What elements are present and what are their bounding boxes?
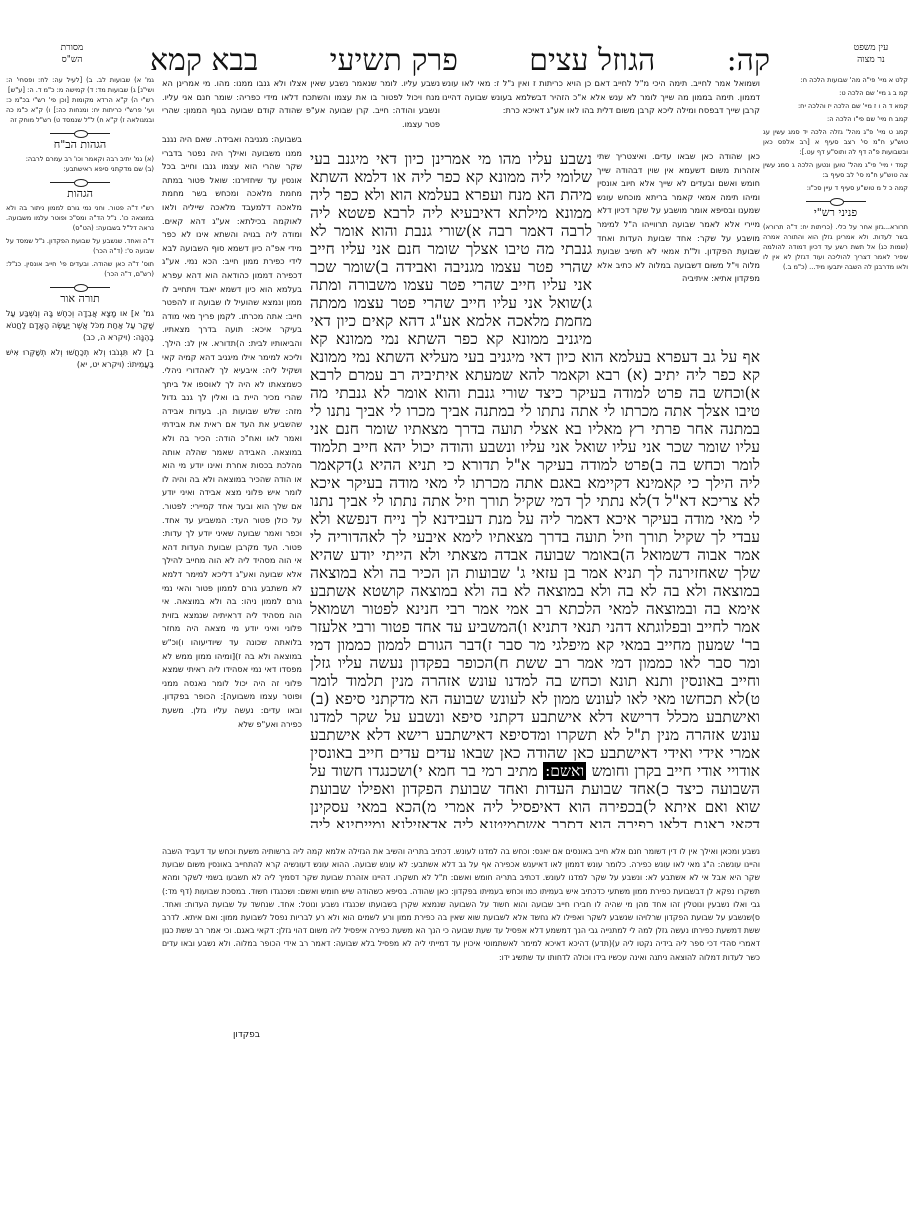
ein-mishpat-entry: קמב ח מיי' שם פי"ו הלכה ה:	[763, 114, 908, 124]
ornament-divider	[50, 182, 110, 183]
ornament-divider	[50, 133, 110, 134]
ein-mishpat-entry: קמד י מיי' פי"ג מהל' טוען ונטען הלכה ג ס…	[763, 160, 908, 180]
penei-rashi-title: פניני רש"י	[763, 208, 908, 218]
ornament-divider	[50, 287, 110, 288]
masoret-title: מסורת הש"ס	[42, 42, 102, 66]
ein-mishpat-entry: קמג ט מיי' פ"ג מהל' גזלה הלכה יד סמג עשי…	[763, 127, 908, 157]
ein-mishpat-entry: קמה כ ל מ טוש"ע סעיף ד עיין סכ"ו:	[763, 183, 908, 193]
rashi-bottom: נשבע ומכאן ואילך אין לו דין דשומר חנם אל…	[162, 845, 760, 964]
ein-mishpat-entry: קלט א מיי' פי"ה מה' שבועות הלכה ח:	[763, 75, 908, 85]
chapter-name: הגוזל עצים	[529, 43, 655, 78]
gemara-main: אף על גב דעפרא בעלמא הוא כיון דאי מיגניב…	[310, 348, 760, 828]
tosafot-top: ושמואל אמר לחייב. תימה היכי מ"ל לחייב דא…	[442, 77, 760, 118]
torah-or-entry: גמ' א] או מָצָא אֲבֵדָה וְכִחֶשׁ בָּהּ ו…	[6, 308, 154, 344]
page-header: קה: הגוזל עצים פרק תשיעי בבא קמא	[150, 38, 770, 78]
hagahot-bach-entry: (ב) שם מדקתני סיפא ראישתבע:	[6, 164, 154, 174]
masoret-entry: רש"י ה) ק"א הרדא מקומות [וכן פי' רש"י בכ…	[6, 95, 154, 125]
tosafot-column: כאן שהודה כאן שבאו עדים. ואיצטריך שתי אז…	[597, 150, 760, 286]
ein-mishpat-entry: קמא ד ה ו ז מיי' שם הלכה יז והלכה יח:	[763, 101, 908, 111]
ein-mishpat-column: קלט א מיי' פי"ה מה' שבועות הלכה ח: קמ ב …	[763, 75, 908, 272]
ornament-divider	[806, 201, 866, 202]
ein-mishpat-title: עין משפט נר מצוה	[836, 42, 906, 66]
gemara-text: אף על גב דעפרא בעלמא הוא כיון דאי מיגניב…	[310, 348, 760, 780]
tractate-name: בבא קמא	[150, 43, 258, 78]
masoret-column: גמ' א) שבועות לב. ב) [לעיל עה: לח: ופסחי…	[6, 75, 154, 371]
hagahot-entry: ד"ה ואחד. שנשבע על שבועת הפקדון. נ"ל שמס…	[6, 236, 154, 256]
rashi-top: נשבע עליו. לומר שנאמר נשבע שאין אצלו ולא…	[162, 77, 440, 131]
ein-mishpat-entry: קמ ב ג מיי' שם הלכה ט:	[763, 88, 908, 98]
catchword: בפקדון	[180, 1030, 260, 1040]
hagahot-title: הגהות	[6, 189, 154, 199]
page-number: קה:	[727, 43, 770, 78]
rashi-column: בשבועה: מגניבה ואבידה. שאם היה נגנב ממנו…	[162, 133, 302, 833]
penei-rashi-text: תרורא...גזון אחר על כלי. (כריתות יח: ד"ה…	[763, 222, 908, 272]
hagahot-bach-entry: (א) גמ' יתיב רבה וקאמר וכו' רב עמרם לרבה…	[6, 154, 154, 164]
masoret-entry: גמ' א) שבועות לב. ב) [לעיל עה: לח: ופסחי…	[6, 75, 154, 95]
gemara-highlight: ואשם:	[543, 762, 586, 780]
hagahot-entry: רש"י ד"ה פטור. וחני נמי גורם לממון ניתור…	[6, 203, 154, 233]
torah-or-title: תורה אור	[6, 294, 154, 304]
gemara-upper: נשבע עליו מהו מי אמרינן כיון דאי מיגנב ב…	[310, 150, 592, 348]
hagahot-bach-title: הגהות הב"ח	[6, 140, 154, 150]
torah-or-entry: ב] לֹא תִּגְנֹבוּ וְלֹא תְכַחֲשׁוּ וְלֹא…	[6, 347, 154, 371]
hagahot-entry: תוס' ד"ה כאן שהודה. ובעדים פי' חייב אונס…	[6, 259, 154, 279]
chapter-number: פרק תשיעי	[330, 43, 458, 78]
